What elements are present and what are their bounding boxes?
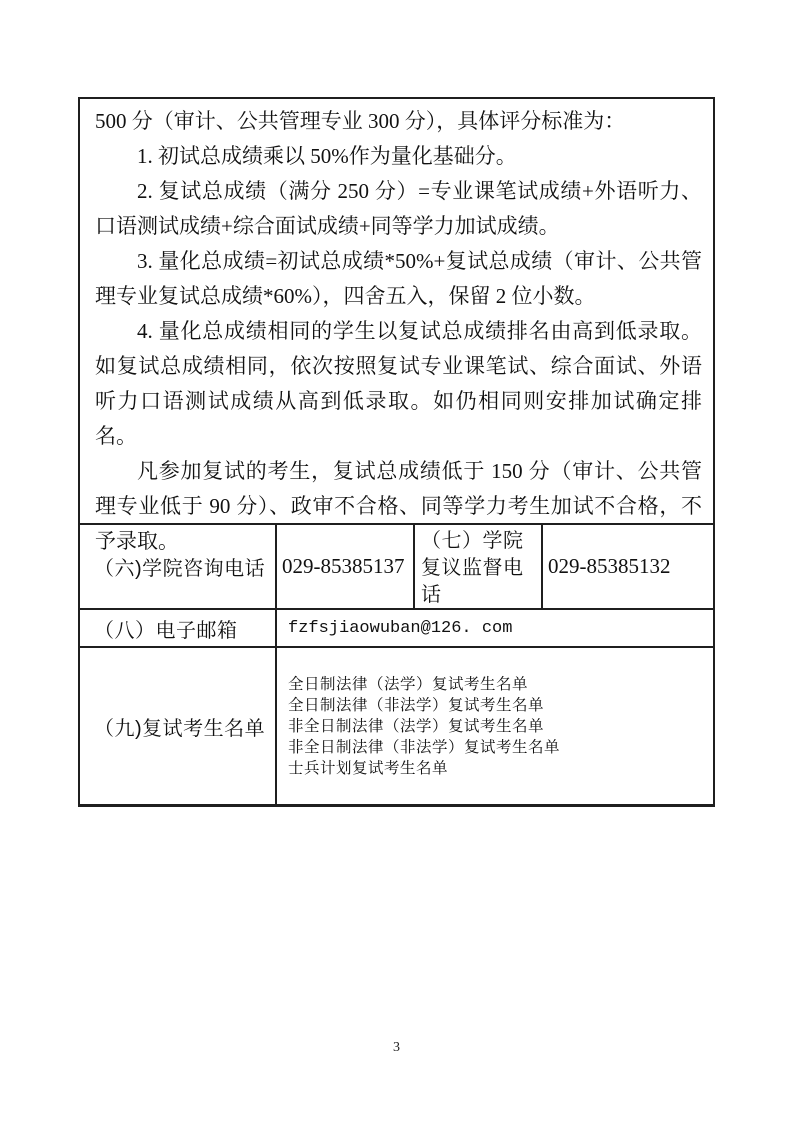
candidate-list-item: 士兵计划复试考生名单: [288, 758, 713, 779]
scoring-paragraph: 500 分（审计、公共管理专业 300 分），具体评分标准为：: [95, 104, 702, 139]
scoring-paragraph: 2. 复试总成绩（满分 250 分）=专业课笔试成绩+外语听力、口语测试成绩+综…: [95, 174, 702, 244]
candidate-lists-row: （九)复试考生名单 全日制法律（法学）复试考生名单 全日制法律（非法学）复试考生…: [80, 646, 713, 804]
page-number: 3: [0, 1040, 793, 1056]
scoring-paragraph: 1. 初试总成绩乘以 50%作为量化基础分。: [95, 139, 702, 174]
candidate-list-item: 非全日制法律（法学）复试考生名单: [288, 716, 713, 737]
consult-phone-cell: 029-85385137: [275, 525, 413, 608]
candidate-list-item: 全日制法律（法学）复试考生名单: [288, 674, 713, 695]
scoring-paragraph: 4. 量化总成绩相同的学生以复试总成绩排名由高到低录取。如复试总成绩相同，依次按…: [95, 314, 702, 454]
candidate-list-item: 全日制法律（非法学）复试考生名单: [288, 695, 713, 716]
email-value: fzfsjiaowuban@126. com: [277, 619, 512, 638]
scoring-rules-row: 500 分（审计、公共管理专业 300 分），具体评分标准为： 1. 初试总成绩…: [80, 99, 713, 523]
candidate-lists-cell: 全日制法律（法学）复试考生名单 全日制法律（非法学）复试考生名单 非全日制法律（…: [275, 648, 713, 804]
supervise-phone-value: 029-85385132: [543, 554, 671, 579]
email-row: （八）电子邮箱 fzfsjiaowuban@126. com: [80, 608, 713, 646]
scoring-paragraph: 3. 量化总成绩=初试总成绩*50%+复试总成绩（审计、公共管理专业复试总成绩*…: [95, 244, 702, 314]
scoring-rules-cell: 500 分（审计、公共管理专业 300 分），具体评分标准为： 1. 初试总成绩…: [80, 99, 713, 523]
document-page: 500 分（审计、公共管理专业 300 分），具体评分标准为： 1. 初试总成绩…: [0, 0, 793, 1122]
email-label: （八）电子邮箱: [80, 610, 275, 646]
candidate-lists-label: （九)复试考生名单: [80, 648, 275, 804]
notice-table: 500 分（审计、公共管理专业 300 分），具体评分标准为： 1. 初试总成绩…: [78, 97, 715, 807]
supervise-phone-cell: 029-85385132: [541, 525, 713, 608]
consult-phone-value: 029-85385137: [277, 554, 405, 579]
consult-phone-label: （六)学院咨询电话: [80, 525, 275, 608]
email-cell: fzfsjiaowuban@126. com: [275, 610, 713, 646]
supervise-phone-label: （七）学院复议监督电话: [413, 525, 541, 608]
phones-row: （六)学院咨询电话 029-85385137 （七）学院复议监督电话 029-8…: [80, 523, 713, 608]
candidate-list-item: 非全日制法律（非法学）复试考生名单: [288, 737, 713, 758]
